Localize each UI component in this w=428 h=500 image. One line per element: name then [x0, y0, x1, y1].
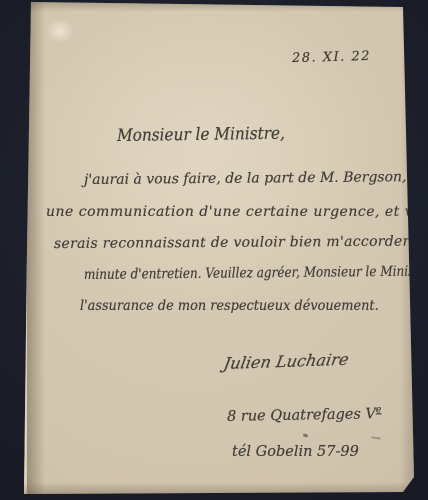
salutation-line: Monsieur le Ministre,: [117, 124, 285, 146]
signature: Julien Luchaire: [222, 350, 350, 373]
phone-line: tél Gobelin 57-99: [232, 444, 359, 460]
paper-edge-top: [0, 0, 428, 12]
address-line: 8 rue Quatrefages Ve: [227, 404, 382, 425]
date-line: 28. XI. 22: [292, 49, 371, 66]
body-line: serais reconnaissant de vouloir bien m'a…: [54, 233, 428, 252]
photo-background: 28. XI. 22 Monsieur le Ministre, j'aurai…: [0, 0, 428, 500]
body-line: minute d'entretien. Veuillez agréer, Mon…: [84, 263, 428, 283]
address-text: 8 rue Quatrefages V: [227, 406, 376, 425]
letter-paper: 28. XI. 22 Monsieur le Ministre, j'aurai…: [0, 0, 428, 500]
paper-stain: [43, 16, 77, 46]
address-superscript: e: [376, 404, 382, 415]
ink-speck: [371, 436, 381, 439]
body-line: j'aurai à vous faire, de la part de M. B…: [84, 169, 407, 188]
paper-edge-left: [27, 0, 45, 500]
body-line: l'assurance de mon respectueux dévouemen…: [80, 298, 379, 314]
ink-speck: [303, 433, 309, 438]
paper-edge-left-highlight: [24, 0, 28, 500]
body-line: une communication d'une certaine urgence…: [46, 204, 428, 220]
paper-edge-bottom: [0, 482, 428, 496]
paper-edge-right: [400, 0, 416, 500]
